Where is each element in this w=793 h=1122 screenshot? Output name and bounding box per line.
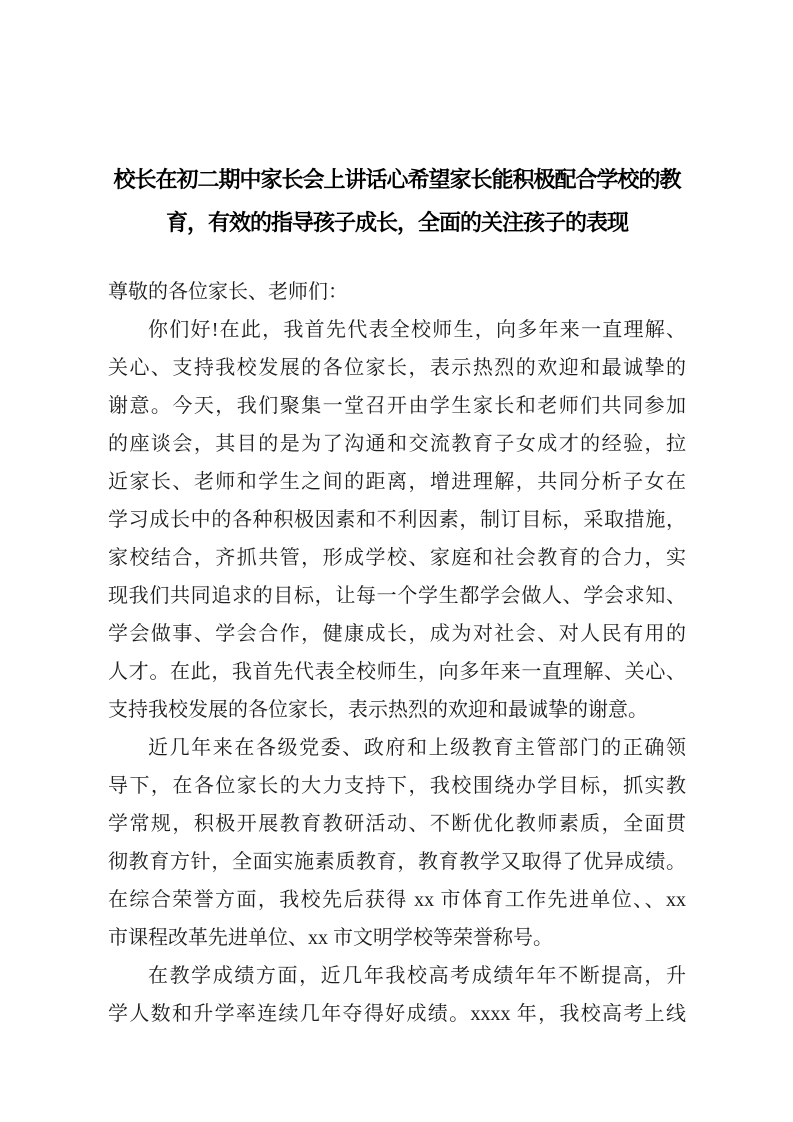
text-line: 学常规，积极开展教育教研活动、不断优化教师素质，全面贯 [108, 805, 686, 843]
text-line: 支持我校发展的各位家长，表示热烈的欢迎和最诚挚的谢意。 [108, 691, 686, 729]
document-title: 校长在初二期中家长会上讲话心希望家长能积极配合学校的教 育，有效的指导孩子成长，… [108, 158, 686, 244]
text-line: 人才。在此，我首先代表全校师生，向多年来一直理解、关心、 [108, 653, 686, 691]
text-line: 彻教育方针，全面实施素质教育，教育教学又取得了优异成绩。 [108, 843, 686, 881]
text-line: 近几年来在各级党委、政府和上级教育主管部门的正确领 [108, 729, 686, 767]
text-line: 学习成长中的各种积极因素和不利因素，制订目标，采取措施， [108, 501, 686, 539]
document-body: 尊敬的各位家长、老师们： 你们好!在此，我首先代表全校师生，向多年来一直理解、 … [108, 273, 686, 1033]
salutation-line: 尊敬的各位家长、老师们： [108, 273, 686, 311]
text-line: 导下，在各位家长的大力支持下，我校围绕办学目标，抓实教 [108, 767, 686, 805]
text-line: 的座谈会，其目的是为了沟通和交流教育子女成才的经验，拉 [108, 425, 686, 463]
text-line: 谢意。今天，我们聚集一堂召开由学生家长和老师们共同参加 [108, 387, 686, 425]
text-line: 在综合荣誉方面，我校先后获得 xx 市体育工作先进单位、、xx [108, 881, 686, 919]
text-line: 学人数和升学率连续几年夺得好成绩。xxxx 年，我校高考上线 [108, 995, 686, 1033]
text-line: 家校结合，齐抓共管，形成学校、家庭和社会教育的合力，实 [108, 539, 686, 577]
title-line-2: 育，有效的指导孩子成长，全面的关注孩子的表现 [108, 201, 686, 244]
text-line: 在教学成绩方面，近几年我校高考成绩年年不断提高，升 [108, 957, 686, 995]
text-line: 关心、支持我校发展的各位家长，表示热烈的欢迎和最诚挚的 [108, 349, 686, 387]
text-line: 现我们共同追求的目标，让每一个学生都学会做人、学会求知、 [108, 577, 686, 615]
text-line: 你们好!在此，我首先代表全校师生，向多年来一直理解、 [108, 311, 686, 349]
text-line: 学会做事、学会合作，健康成长，成为对社会、对人民有用的 [108, 615, 686, 653]
text-line: 近家长、老师和学生之间的距离，增进理解，共同分析子女在 [108, 463, 686, 501]
title-line-1: 校长在初二期中家长会上讲话心希望家长能积极配合学校的教 [108, 158, 686, 201]
document-content: 校长在初二期中家长会上讲话心希望家长能积极配合学校的教 育，有效的指导孩子成长，… [108, 158, 686, 1033]
document-page: 校长在初二期中家长会上讲话心希望家长能积极配合学校的教 育，有效的指导孩子成长，… [0, 0, 793, 1122]
text-line: 市课程改革先进单位、xx 市文明学校等荣誉称号。 [108, 919, 686, 957]
